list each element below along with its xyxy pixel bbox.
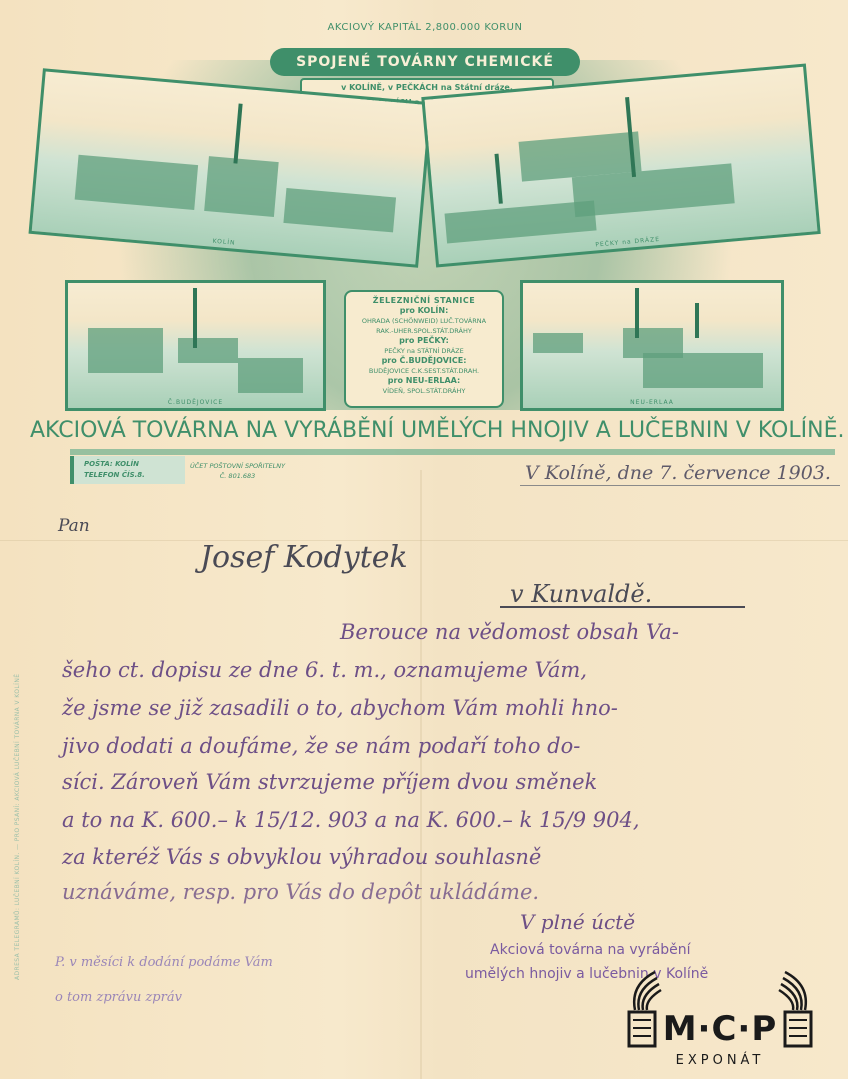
salutation: Pan xyxy=(58,516,90,536)
body-line: uznáváme, resp. pro Vás do depôt ukládám… xyxy=(62,880,539,904)
factory-illustration-budejovice: Č.BUDĚJOVICE xyxy=(65,280,326,411)
post-phone-box: POŠTA: KOLÍN TELEFON ČÍS.8. xyxy=(70,456,185,484)
margin-note: P. v měsíci k dodání podáme Vám xyxy=(55,955,273,970)
station-line: BUDĚJOVICE C.K.SEST.STÁT.DRAH. xyxy=(346,366,502,376)
place-underline xyxy=(500,606,745,608)
paper-fold-horizontal xyxy=(0,540,848,541)
station-for: pro Č.BUDĚJOVICE: xyxy=(346,356,502,366)
closing: V plné úctě xyxy=(520,910,635,934)
panel-caption: NEU-ERLAA xyxy=(523,399,781,406)
station-line: PEČKY na STÁTNÍ DRÁZE xyxy=(346,346,502,356)
station-for: pro NEU-ERLAA: xyxy=(346,376,502,386)
body-line: jivo dodati a doufáme, že se nám podaří … xyxy=(62,734,580,758)
factory-illustration-kolin: KOLÍN xyxy=(29,68,433,267)
station-line: OHRADA (SCHÖNWEID) LUČ.TOVÁRNA xyxy=(346,316,502,326)
body-line: za kteréž Vás s obvyklou výhradou souhla… xyxy=(62,845,541,869)
recipient-place: v Kunvaldě. xyxy=(510,580,652,608)
panel-caption: Č.BUDĚJOVICE xyxy=(68,399,323,406)
station-for: pro KOLÍN: xyxy=(346,306,502,316)
station-for: pro PEČKY: xyxy=(346,336,502,346)
company-name-heading: AKCIOVÁ TOVÁRNA NA VYRÁBĚNÍ UMĚLÝCH HNOJ… xyxy=(30,418,830,443)
exponat-label: EXPONÁT xyxy=(645,1053,795,1068)
heading-rule xyxy=(70,449,835,455)
body-line: že jsme se již zasadili o to, abychom Vá… xyxy=(62,696,618,720)
share-capital-line: AKCIOVÝ KAPITÁL 2,800.000 KORUN xyxy=(320,22,530,33)
body-line: síci. Zároveň Vám stvrzujeme příjem dvou… xyxy=(62,770,597,794)
factory-illustration-pecky: PEČKY na DRÁZE xyxy=(421,64,820,268)
letter-date: V Kolíně, dne 7. července 1903. xyxy=(525,462,831,484)
railway-stations-box: ŽELEZNIČNÍ STANICE pro KOLÍN: OHRADA (SC… xyxy=(344,290,504,408)
date-rule xyxy=(520,485,840,486)
post-office: POŠTA: KOLÍN xyxy=(84,459,185,470)
harp-icon-right xyxy=(775,970,815,1050)
telephone: TELEFON ČÍS.8. xyxy=(84,470,185,481)
stations-title: ŽELEZNIČNÍ STANICE xyxy=(346,296,502,306)
savings-account: ÚČET POŠTOVNÍ SPOŘITELNY Č. 801.683 xyxy=(190,461,285,481)
letter-page: AKCIOVÝ KAPITÁL 2,800.000 KORUN SPOJENÉ … xyxy=(0,0,848,1079)
body-line: šeho ct. dopisu ze dne 6. t. m., oznamuj… xyxy=(62,658,587,682)
museum-exhibit-mark: M·C·P EXPONÁT xyxy=(625,965,815,1075)
margin-note: o tom zprávu zpráv xyxy=(55,990,182,1005)
account-label: ÚČET POŠTOVNÍ SPOŘITELNY xyxy=(190,461,285,471)
mcp-letters: M·C·P xyxy=(655,1009,785,1049)
company-group-banner: SPOJENÉ TOVÁRNY CHEMICKÉ xyxy=(270,48,580,76)
body-line: Berouce na vědomost obsah Va- xyxy=(340,620,679,644)
banner-text: SPOJENÉ TOVÁRNY CHEMICKÉ xyxy=(296,54,554,70)
station-line: RAK.-UHER.SPOL.STÁT.DRÁHY xyxy=(346,326,502,336)
body-line: a to na K. 600.– k 15/12. 903 a na K. 60… xyxy=(62,808,640,832)
company-stamp-line-1: Akciová továrna na vyrábění xyxy=(490,942,691,958)
recipient-name: Josef Kodytek xyxy=(200,540,408,575)
account-number: Č. 801.683 xyxy=(190,471,285,481)
station-line: VÍDEŇ, SPOL.STÁT.DRÁHY xyxy=(346,386,502,396)
telegram-address-side-text: ADRESA TELEGRAMŮ: LUČEBNÍ KOLÍN. — PRO P… xyxy=(14,674,21,980)
factory-illustration-neu-erlaa: NEU-ERLAA xyxy=(520,280,784,411)
